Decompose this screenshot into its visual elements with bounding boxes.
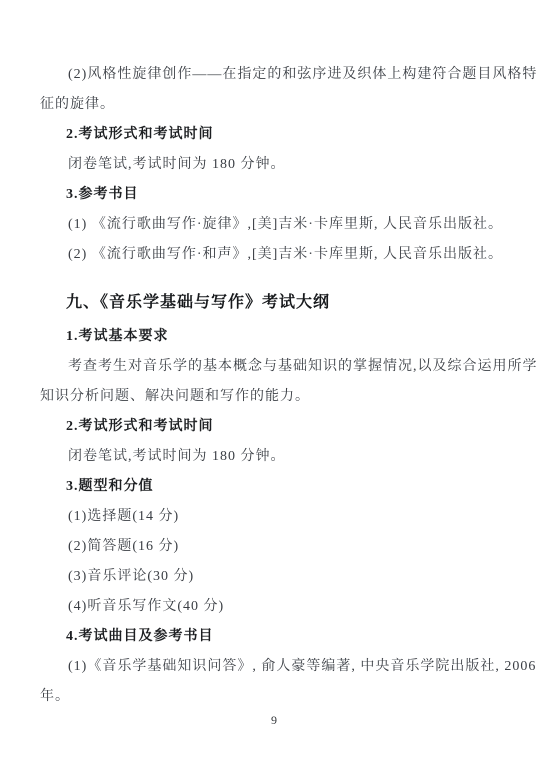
paragraph-line: 知识分析问题、解决问题和写作的能力。 [40,382,508,412]
list-item: (1) 《流行歌曲写作·旋律》,[美]吉米·卡库里斯, 人民音乐出版社。 [40,210,508,240]
subheading-exam-form: 2.考试形式和考试时间 [40,412,508,442]
paragraph-line: 考查考生对音乐学的基本概念与基础知识的掌握情况,以及综合运用所学 [40,352,508,382]
subheading-basic-requirements: 1.考试基本要求 [40,322,508,352]
paragraph-line: 闭卷笔试,考试时间为 180 分钟。 [40,442,508,472]
list-item: (1)《音乐学基础知识问答》, 俞人豪等编著, 中央音乐学院出版社, 2006 [40,652,508,682]
paragraph-line: 闭卷笔试,考试时间为 180 分钟。 [40,150,508,180]
subheading-books: 4.考试曲目及参考书目 [40,622,508,652]
list-item: (2) 《流行歌曲写作·和声》,[美]吉米·卡库里斯, 人民音乐出版社。 [40,240,508,270]
subheading-exam-form: 2.考试形式和考试时间 [40,120,508,150]
list-item: (2)简答题(16 分) [40,532,508,562]
paragraph-line: 征的旋律。 [40,90,508,120]
subheading-question-types: 3.题型和分值 [40,472,508,502]
page-number: 9 [40,712,508,728]
list-item: (1)选择题(14 分) [40,502,508,532]
paragraph-line: (2)风格性旋律创作——在指定的和弦序进及织体上构建符合题目风格特 [40,60,508,90]
document-content: (2)风格性旋律创作——在指定的和弦序进及织体上构建符合题目风格特 征的旋律。 … [0,0,548,728]
section-title: 九、《音乐学基础与写作》考试大纲 [40,288,508,318]
document-page: (2)风格性旋律创作——在指定的和弦序进及织体上构建符合题目风格特 征的旋律。 … [0,0,548,781]
list-item: (4)听音乐写作文(40 分) [40,592,508,622]
paragraph-line: 年。 [40,682,508,712]
subheading-references: 3.参考书目 [40,180,508,210]
list-item: (3)音乐评论(30 分) [40,562,508,592]
